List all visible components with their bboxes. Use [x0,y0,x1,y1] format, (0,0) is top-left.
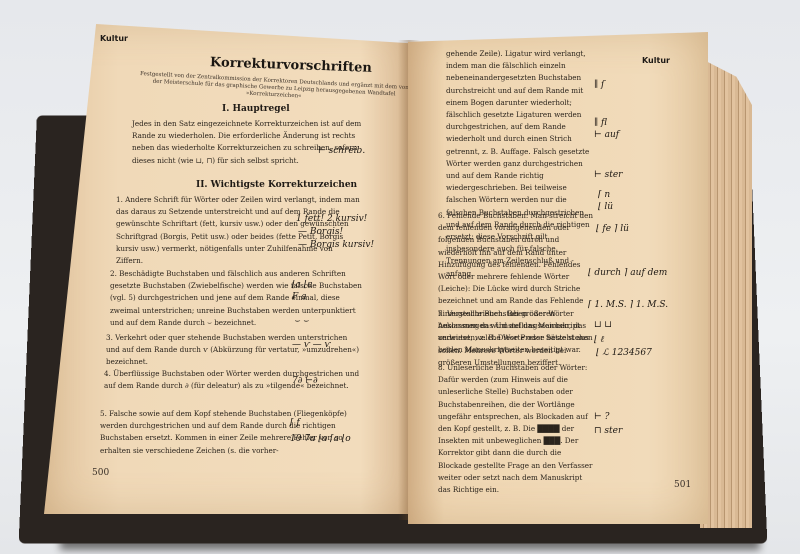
section-heading-2: II. Wichtigste Korrekturzeichen [196,180,357,190]
margin-note: ⌊a ⌊a [292,280,313,290]
margin-note: ⊢ schreib. [318,146,365,156]
left-page-number: 500 [92,468,109,478]
margin-note: ⌊ fe ⌉ lü [596,224,629,234]
margin-note: ∥ ſ [594,80,604,90]
left-page: Kultur Korrekturvorschriften Festgestell… [44,24,416,514]
margin-note: ⌈ 1. M.S. ⌉ 1. M.S. [588,300,668,310]
rule-item-3: 3. Verkehrt oder quer stehende Buchstabe… [106,332,362,369]
margin-note: F a [292,292,306,302]
margin-note: ⌊ ℒ 1234567 [596,348,652,358]
margin-note: 10 7a ⌊a ⌈a ⌊o [290,434,351,444]
margin-note: — ⱱ — ⱱ [292,340,331,350]
margin-note: ⌣ ⌣ [294,316,309,326]
margin-note: ⌈ n [598,190,610,200]
rule-item-8: 8. Unleserliche Buchstaben oder Wörter: … [438,362,594,496]
page-subtitle: Festgestellt von der Zentralkommission d… [139,71,410,106]
right-page: Kultur gehende Zeile). Ligatur wird verl… [408,32,708,524]
rule-item-2: 2. Beschädigte Buchstaben und fälschlich… [110,268,364,329]
margin-note: 1 fett! 2 kursiv! [296,214,367,224]
margin-note: ⊢ ? [594,412,609,422]
margin-note: ⌊ durch ⌉ auf dem [588,268,667,278]
rule-item-5: 5. Falsche sowie auf dem Kopf stehende B… [100,408,362,457]
rule-item-7: 7. Verstellte Buchstaben oder Wörter bek… [438,308,594,369]
margin-note: 7∂ ⊢∂ [292,376,318,386]
section-heading-1: I. Hauptregel [222,104,290,114]
section-text-1: Jedes in den Satz eingezeichnete Korrekt… [132,118,362,167]
margin-note: ⌊ lü [598,202,613,212]
margin-note: ⌈ f [290,418,300,428]
rule-item-4: 4. Überflüssige Buchstaben oder Wörter w… [104,368,362,392]
margin-note: ∥ fl [594,118,607,128]
margin-note: — Borgis! [298,227,343,237]
margin-note: ⊔ ⊔ [594,320,612,330]
right-page-header: Kultur [642,56,670,65]
margin-note: ⌊ ℓ [594,334,604,345]
margin-note: — Borgis kursiv! [298,240,374,250]
page-title: Korrekturvorschriften [210,55,372,76]
margin-note: ⊢ auf [594,130,619,140]
margin-note: ⊢ ster [594,170,622,180]
left-page-header: Kultur [100,34,128,43]
right-page-number: 501 [674,480,691,490]
margin-note: ⊓ ster [594,426,622,436]
